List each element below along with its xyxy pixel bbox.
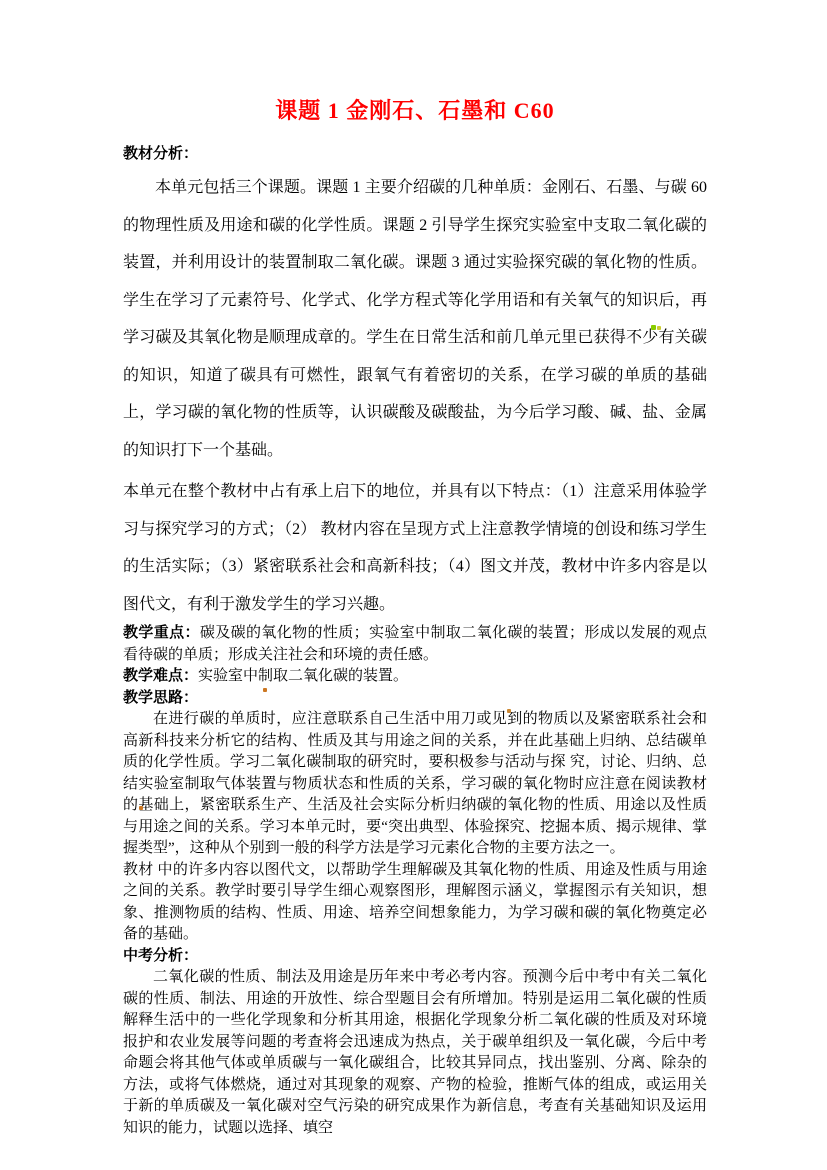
teaching-focus-text: 碳及碳的氧化物的性质；实验室中制取二氧化碳的装置；形成以发展的观点看待碳的单质；…: [123, 625, 707, 663]
teaching-difficulty-label: 教学难点：: [123, 668, 198, 684]
document-page: 课题 1 金刚石、石墨和 C60 教材分析： 本单元包括三个课题。课题 1 主要…: [0, 0, 827, 1170]
teaching-difficulty: 教学难点：实验室中制取二氧化碳的装置。: [123, 666, 707, 688]
exam-analysis-heading: 中考分析：: [123, 946, 707, 968]
material-analysis-paragraph-2: 本单元在整个教材中占有承上启下的地位，并具有以下特点：（1）注意采用体验学习与探…: [123, 473, 707, 623]
teaching-focus-label: 教学重点：: [123, 625, 200, 641]
teaching-difficulty-text: 实验室中制取二氧化碳的装置。: [198, 668, 408, 684]
teaching-approach-heading: 教学思路：: [123, 688, 707, 710]
teaching-approach-paragraph-2: 教材 中的许多内容以图代文，以帮助学生理解碳及其氧化物的性质、用途及性质与用途之…: [123, 860, 707, 946]
material-analysis-heading: 教材分析：: [123, 143, 707, 165]
teaching-focus: 教学重点：碳及碳的氧化物的性质；实验室中制取二氧化碳的装置；形成以发展的观点看待…: [123, 623, 707, 666]
document-content: 课题 1 金刚石、石墨和 C60 教材分析： 本单元包括三个课题。课题 1 主要…: [123, 96, 707, 1139]
teaching-approach-paragraph-1: 在进行碳的单质时，应注意联系自己生活中用刀或见到的物质以及紧密联系社会和高新科技…: [123, 709, 707, 860]
page-title: 课题 1 金刚石、石墨和 C60: [123, 96, 707, 126]
exam-analysis-paragraph: 二氧化碳的性质、制法及用途是历年来中考必考内容。预测今后中考中有关二氧化碳的性质…: [123, 967, 707, 1139]
material-analysis-paragraph-1: 本单元包括三个课题。课题 1 主要介绍碳的几种单质：金刚石、石墨、与碳 60 的…: [123, 169, 707, 469]
